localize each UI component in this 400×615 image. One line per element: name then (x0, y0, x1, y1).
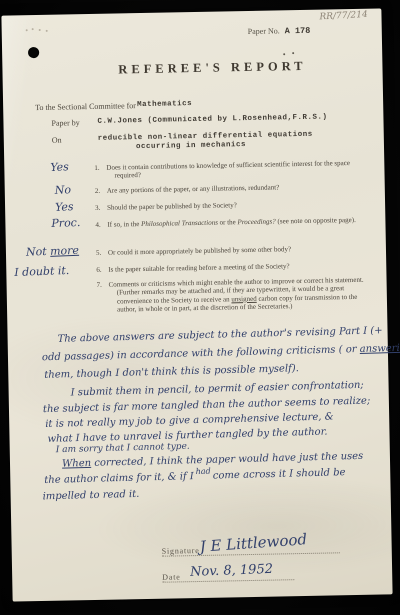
answer-5: Not more (26, 244, 79, 259)
comment-line-8: I am sorry that I cannot type. (56, 442, 190, 456)
question-3: 3. Should the paper be published by the … (95, 199, 375, 213)
comment-line-9-underlined: When (62, 458, 91, 470)
question-1-number: 1. (94, 164, 99, 173)
question-4-number: 4. (95, 221, 100, 230)
perforation-speck (32, 28, 34, 30)
question-7-text: Comments or criticisms which might enabl… (109, 276, 378, 315)
question-1-text: Does it contain contributions to knowled… (106, 159, 374, 181)
perforation-speck (46, 30, 48, 32)
stray-dot (283, 53, 285, 55)
answer-3: Yes (55, 200, 74, 214)
signature-value: J E Littlewood (199, 530, 308, 556)
question-3-number: 3. (95, 204, 100, 213)
question-7-number: 7. (97, 281, 102, 290)
on-value-line2: occurring in mechanics (136, 141, 246, 151)
question-2-number: 2. (95, 187, 100, 196)
question-6-number: 6. (96, 266, 101, 275)
comment-line-11: impelled to read it. (43, 489, 140, 503)
comment-line-4: I submit them in pencil, to permit of ea… (71, 380, 364, 399)
photo-background: { "header": { "archive_ref": "RR/77/214"… (0, 0, 400, 615)
answer-5-underlined: more (50, 244, 79, 258)
date-dotted-line (162, 579, 294, 583)
question-7: 7. Comments or criticisms which might en… (97, 276, 378, 315)
question-7-underlined-word: unsigned (231, 295, 256, 303)
on-label: On (52, 136, 62, 145)
date-value: Nov. 8, 1952 (190, 562, 273, 580)
perforation-speck (39, 29, 41, 31)
question-4-text: If so, in the Philosophical Transactions… (107, 216, 375, 230)
comment-line-2-underlined: answering (360, 343, 400, 355)
comment-line-10-pre: the author claims for it, & if I (44, 471, 194, 486)
question-2-text: Are any portions of the paper, or any il… (107, 182, 375, 196)
question-6-text: Is the paper suitable for reading before… (108, 261, 376, 275)
paper-by-label: Paper by (51, 118, 79, 128)
comment-line-1: The above answers are subject to the aut… (57, 325, 382, 345)
comment-line-10: the author claims for it, & if Ihadcome … (44, 467, 345, 486)
answer-6: I doubt it. (14, 264, 69, 279)
punch-hole (28, 47, 39, 58)
question-1: 1. Does it contain contributions to know… (94, 159, 374, 181)
answer-4: Proc. (51, 216, 80, 230)
answer-2: No (55, 183, 72, 197)
answer-1: Yes (50, 160, 69, 174)
perforation-speck (26, 29, 28, 31)
question-4-italic-1: Philosophical Transactions (141, 219, 218, 228)
committee-label: To the Sectional Committee for (35, 101, 136, 112)
paper-number-label: Paper No. (248, 26, 280, 36)
paper-sheet: RR/77/214 Paper No.A 178 REFEREE'S REPOR… (1, 8, 392, 601)
committee-value: Mathematics (137, 100, 192, 109)
question-4-italic-2: Proceedings? (237, 217, 275, 226)
comment-line-2: odd passages) in accordance with the fol… (42, 343, 400, 364)
date-label: Date (162, 572, 180, 581)
report-title: REFEREE'S REPORT (2, 57, 382, 79)
stray-dot (292, 52, 294, 54)
question-4-text-mid: or the (218, 218, 238, 226)
comment-line-10-post: come across it I should be (213, 467, 346, 481)
comment-line-2-pre: odd passages) in accordance with the fol… (42, 344, 360, 363)
question-4-text-post: (see note on opposite page). (276, 216, 356, 226)
question-5-text: Or could it more appropriately be publis… (108, 244, 376, 258)
answer-5-pre: Not (26, 245, 51, 259)
paper-by-value: C.W.Jones (Communicated by L.Rosenhead,F… (97, 113, 327, 125)
question-5-number: 5. (96, 249, 101, 258)
comment-line-3: them, though I don't think this is possi… (44, 363, 299, 381)
paper-number: Paper No.A 178 (248, 26, 311, 37)
comment-line-10-insertion: had (196, 467, 211, 476)
question-3-text: Should the paper be published by the Soc… (107, 199, 375, 213)
question-4-text-pre: If so, in the (107, 220, 141, 229)
archive-reference: RR/77/214 (319, 10, 368, 23)
paper-number-value: A 178 (285, 26, 311, 36)
question-5: 5. Or could it more appropriately be pub… (96, 244, 376, 258)
question-6: 6. Is the paper suitable for reading bef… (96, 261, 376, 275)
question-2: 2. Are any portions of the paper, or any… (95, 182, 375, 196)
comment-line-9-rest: corrected, I think the paper would have … (91, 451, 363, 469)
question-4: 4. If so, in the Philosophical Transacti… (95, 216, 375, 230)
